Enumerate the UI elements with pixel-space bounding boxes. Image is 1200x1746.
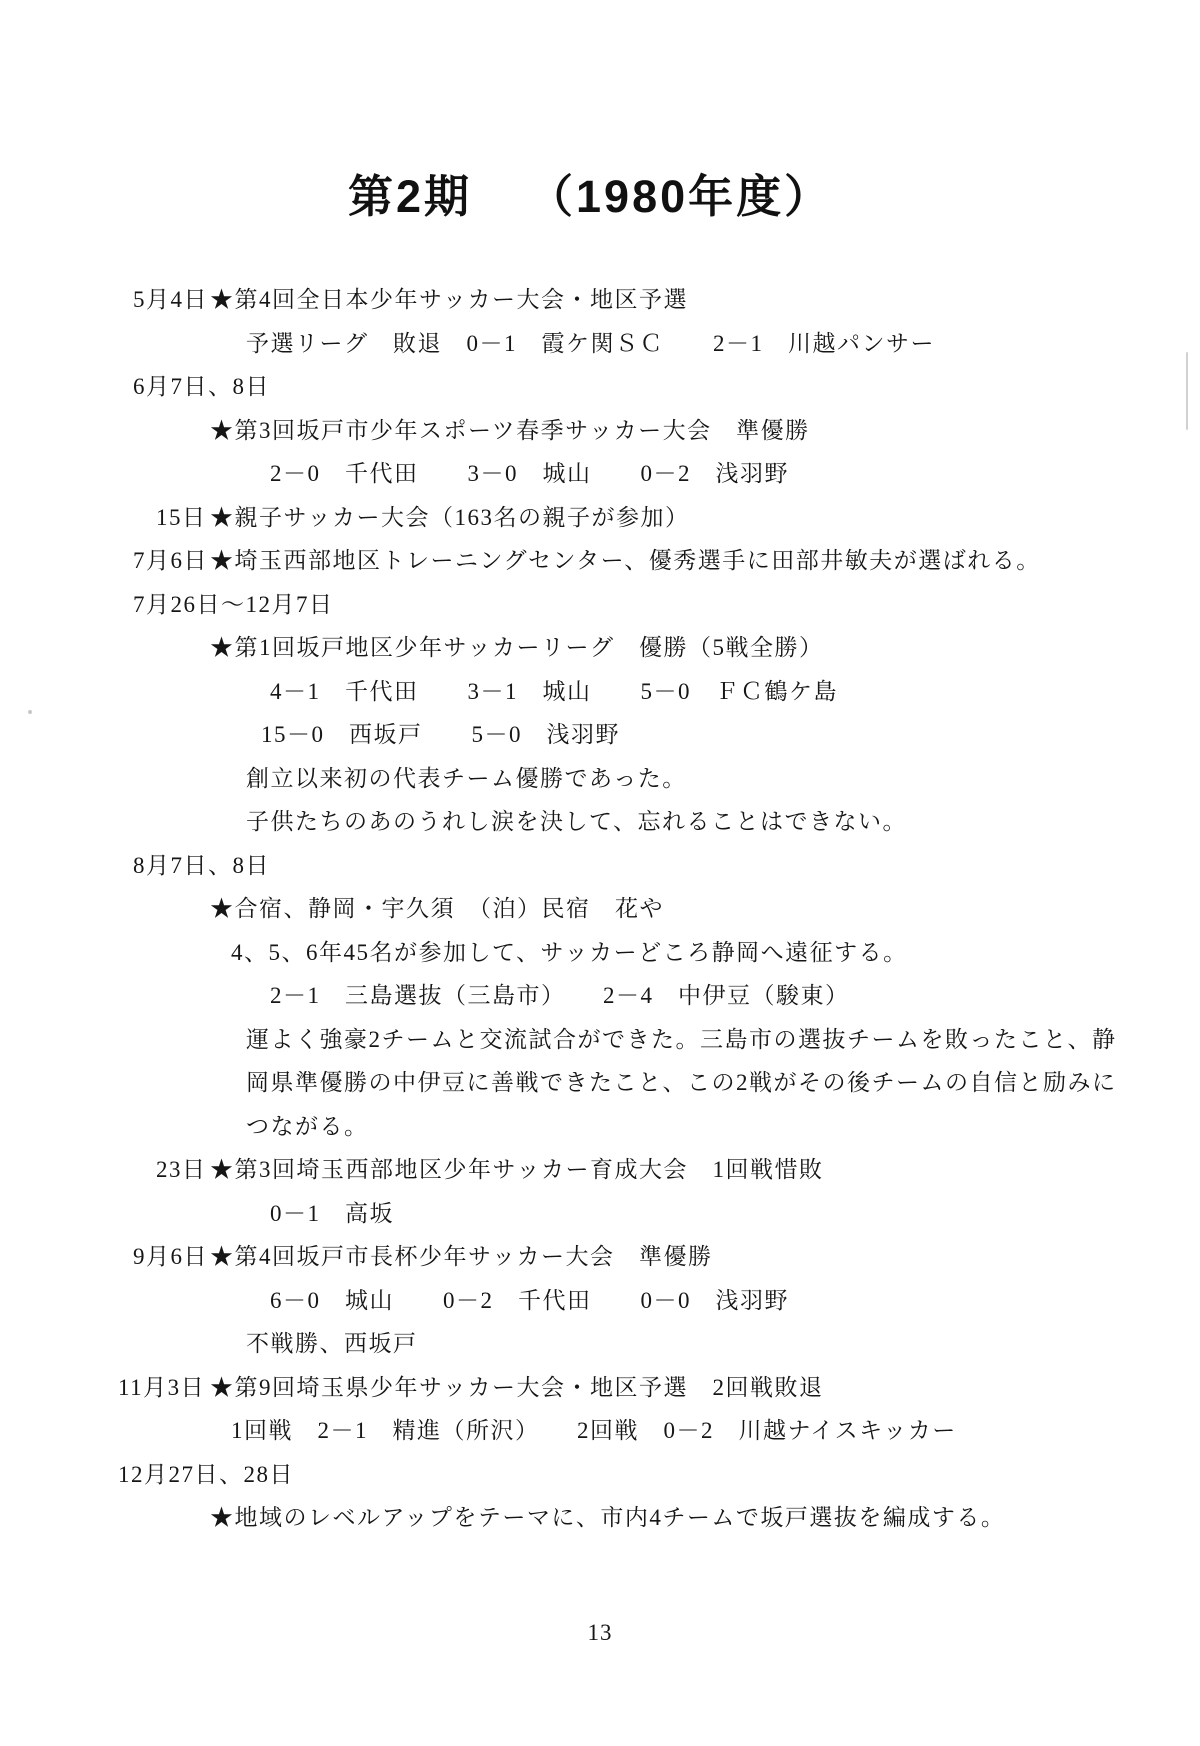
date-label: 23日 bbox=[118, 1148, 210, 1192]
score-text: 2－1 三島選抜（三島市） 2－4 中伊豆（駿東） bbox=[270, 974, 850, 1018]
timeline-row: 7月26日～12月7日 bbox=[118, 583, 1160, 627]
event-text: ★第3回坂戸市少年スポーツ春季サッカー大会 準優勝 bbox=[210, 409, 810, 453]
title-period: 第2期 bbox=[348, 171, 472, 222]
timeline-row: 7月6日 ★埼玉西部地区トレーニングセンター、優秀選手に田部井敏夫が選ばれる。 bbox=[118, 539, 1160, 583]
scan-artifact-dot bbox=[28, 710, 32, 714]
event-text: ★合宿、静岡・宇久須 （泊）民宿 花や bbox=[210, 887, 664, 931]
timeline-row: 予選リーグ 敗退 0－1 霞ケ関ＳＣ 2－1 川越パンサー bbox=[118, 322, 1160, 366]
timeline-row: 11月3日 ★第9回埼玉県少年サッカー大会・地区予選 2回戦敗退 bbox=[118, 1366, 1160, 1410]
score-text: 6－0 城山 0－2 千代田 0－0 浅羽野 bbox=[270, 1279, 789, 1323]
timeline-row: 2－1 三島選抜（三島市） 2－4 中伊豆（駿東） bbox=[118, 974, 1160, 1018]
score-text: 1回戦 2－1 精進（所沢） 2回戦 0－2 川越ナイスキッカー bbox=[231, 1409, 957, 1453]
note-text: つながる。 bbox=[246, 1105, 369, 1149]
timeline-row: 4－1 千代田 3－1 城山 5－0 ＦＣ鶴ケ島 bbox=[118, 670, 1160, 714]
timeline-row: ★地域のレベルアップをテーマに、市内4チームで坂戸選抜を編成する。 bbox=[118, 1496, 1160, 1540]
timeline-row: 9月6日 ★第4回坂戸市長杯少年サッカー大会 準優勝 bbox=[118, 1235, 1160, 1279]
event-text: ★第4回全日本少年サッカー大会・地区予選 bbox=[210, 278, 688, 322]
date-label: 8月7日、8日 bbox=[118, 844, 270, 888]
page-title: 第2期（1980年度） bbox=[348, 160, 832, 225]
note-text: 子供たちのあのうれし涙を決して、忘れることはできない。 bbox=[246, 800, 907, 844]
timeline-row: つながる。 bbox=[118, 1105, 1160, 1149]
timeline-row: 23日 ★第3回埼玉西部地区少年サッカー育成大会 1回戦惜敗 bbox=[118, 1148, 1160, 1192]
event-text: ★第4回坂戸市長杯少年サッカー大会 準優勝 bbox=[210, 1235, 713, 1279]
event-text: ★埼玉西部地区トレーニングセンター、優秀選手に田部井敏夫が選ばれる。 bbox=[210, 539, 1041, 583]
date-label: 6月7日、8日 bbox=[118, 365, 270, 409]
scan-artifact-line bbox=[1186, 352, 1188, 430]
timeline-row: 不戦勝、西坂戸 bbox=[118, 1322, 1160, 1366]
score-text: 0－1 高坂 bbox=[270, 1192, 394, 1236]
timeline-row: 運よく強豪2チームと交流試合ができた。三島市の選抜チームを敗ったこと、静 bbox=[118, 1018, 1160, 1062]
event-text: ★親子サッカー大会（163名の親子が参加） bbox=[210, 496, 690, 540]
date-label: 7月6日 bbox=[118, 539, 210, 583]
event-text: 予選リーグ 敗退 0－1 霞ケ関ＳＣ 2－1 川越パンサー bbox=[246, 322, 935, 366]
timeline: 5月4日 ★第4回全日本少年サッカー大会・地区予選 予選リーグ 敗退 0－1 霞… bbox=[118, 278, 1160, 1540]
page-number: 13 bbox=[0, 1620, 1200, 1646]
timeline-row: 6－0 城山 0－2 千代田 0－0 浅羽野 bbox=[118, 1279, 1160, 1323]
timeline-row: 4、5、6年45名が参加して、サッカーどころ静岡へ遠征する。 bbox=[118, 931, 1160, 975]
date-label: 5月4日 bbox=[118, 278, 210, 322]
timeline-row: 12月27日、28日 bbox=[118, 1453, 1160, 1497]
timeline-row: 1回戦 2－1 精進（所沢） 2回戦 0－2 川越ナイスキッカー bbox=[118, 1409, 1160, 1453]
scan-artifact-dot bbox=[160, 1478, 163, 1481]
date-label: 9月6日 bbox=[118, 1235, 210, 1279]
timeline-row: ★第3回坂戸市少年スポーツ春季サッカー大会 準優勝 bbox=[118, 409, 1160, 453]
timeline-row: 岡県準優勝の中伊豆に善戦できたこと、この2戦がその後チームの自信と励みに bbox=[118, 1061, 1160, 1105]
date-label: 11月3日 bbox=[118, 1366, 210, 1410]
date-label: 7月26日～12月7日 bbox=[118, 583, 334, 627]
timeline-row: 5月4日 ★第4回全日本少年サッカー大会・地区予選 bbox=[118, 278, 1160, 322]
timeline-row: 15日 ★親子サッカー大会（163名の親子が参加） bbox=[118, 496, 1160, 540]
event-text: ★地域のレベルアップをテーマに、市内4チームで坂戸選抜を編成する。 bbox=[210, 1496, 1005, 1540]
timeline-row: 6月7日、8日 bbox=[118, 365, 1160, 409]
note-text: 岡県準優勝の中伊豆に善戦できたこと、この2戦がその後チームの自信と励みに bbox=[246, 1061, 1117, 1105]
timeline-row: 2－0 千代田 3－0 城山 0－2 浅羽野 bbox=[118, 452, 1160, 496]
timeline-row: 子供たちのあのうれし涙を決して、忘れることはできない。 bbox=[118, 800, 1160, 844]
document-page: 第2期（1980年度） 5月4日 ★第4回全日本少年サッカー大会・地区予選 予選… bbox=[0, 0, 1200, 1746]
event-text: ★第3回埼玉西部地区少年サッカー育成大会 1回戦惜敗 bbox=[210, 1148, 824, 1192]
timeline-row: 0－1 高坂 bbox=[118, 1192, 1160, 1236]
timeline-row: 8月7日、8日 bbox=[118, 844, 1160, 888]
title-year: （1980年度） bbox=[528, 171, 832, 222]
score-text: 2－0 千代田 3－0 城山 0－2 浅羽野 bbox=[270, 452, 789, 496]
note-text: 4、5、6年45名が参加して、サッカーどころ静岡へ遠征する。 bbox=[231, 931, 908, 975]
event-text: ★第1回坂戸地区少年サッカーリーグ 優勝（5戦全勝） bbox=[210, 626, 824, 670]
score-text: 15－0 西坂戸 5－0 浅羽野 bbox=[261, 713, 620, 757]
score-text: 4－1 千代田 3－1 城山 5－0 ＦＣ鶴ケ島 bbox=[270, 670, 838, 714]
note-text: 創立以来初の代表チーム優勝であった。 bbox=[246, 757, 687, 801]
timeline-row: 創立以来初の代表チーム優勝であった。 bbox=[118, 757, 1160, 801]
date-label: 15日 bbox=[118, 496, 210, 540]
note-text: 不戦勝、西坂戸 bbox=[246, 1322, 418, 1366]
date-label: 12月27日、28日 bbox=[118, 1453, 294, 1497]
event-text: ★第9回埼玉県少年サッカー大会・地区予選 2回戦敗退 bbox=[210, 1366, 824, 1410]
timeline-row: ★第1回坂戸地区少年サッカーリーグ 優勝（5戦全勝） bbox=[118, 626, 1160, 670]
note-text: 運よく強豪2チームと交流試合ができた。三島市の選抜チームを敗ったこと、静 bbox=[246, 1018, 1117, 1062]
timeline-row: 15－0 西坂戸 5－0 浅羽野 bbox=[118, 713, 1160, 757]
timeline-row: ★合宿、静岡・宇久須 （泊）民宿 花や bbox=[118, 887, 1160, 931]
